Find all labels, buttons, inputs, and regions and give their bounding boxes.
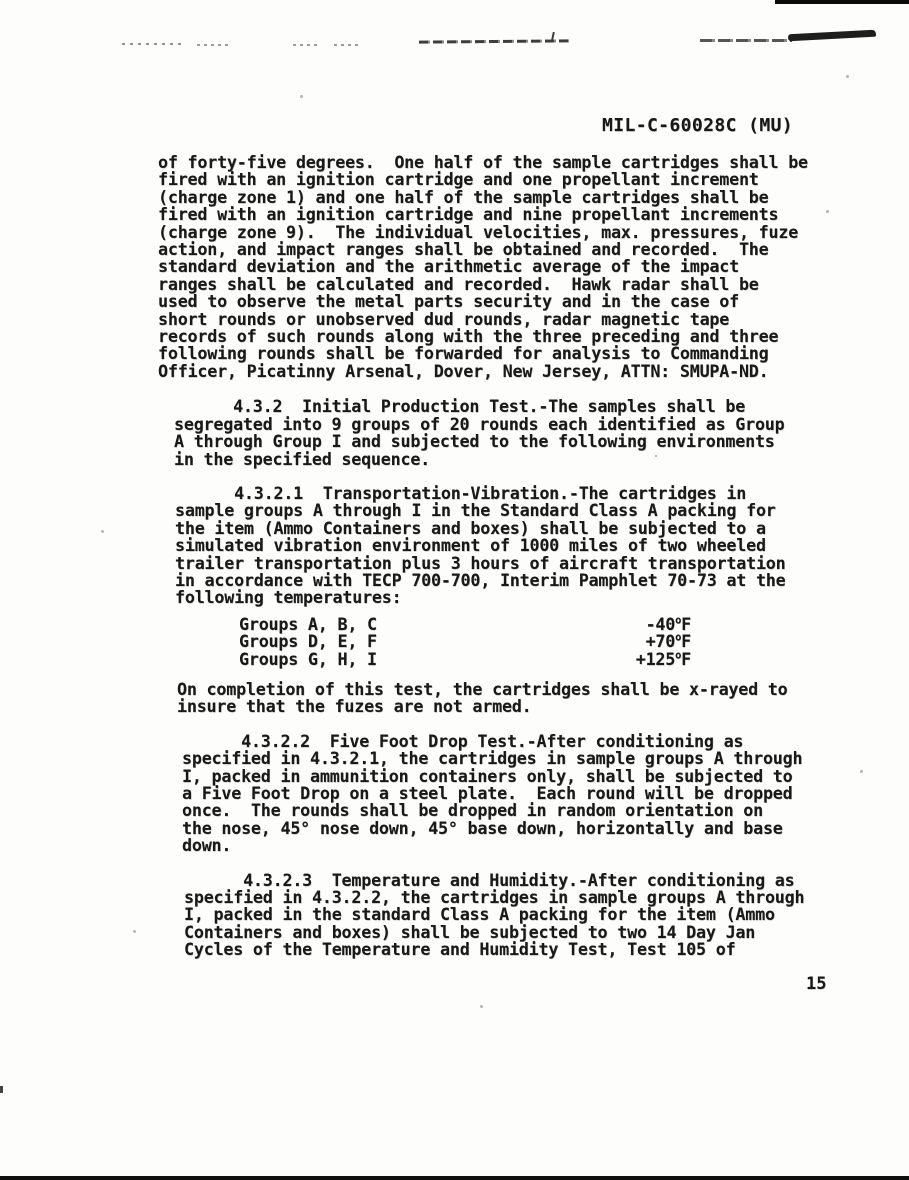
scan-artifact-tick (551, 32, 555, 40)
scan-speck (480, 1005, 483, 1008)
paragraph-section-4-3-2-1: 4.3.2.1 Transportation-Vibration.-The ca… (175, 485, 858, 607)
scan-artifact-edge-mark (0, 1086, 3, 1093)
temperature-row-value: +125oF (636, 651, 691, 668)
scan-speck (101, 530, 104, 533)
scan-artifact-dashes (334, 44, 358, 46)
temperature-row-groups: Groups G, H, I (239, 651, 377, 668)
scan-artifact-bottom-line (0, 1176, 909, 1180)
paragraph-section-4-3-2: 4.3.2 Initial Production Test.-The sampl… (174, 398, 858, 468)
scan-artifact-dashes (122, 43, 186, 45)
temperature-row-groups: Groups D, E, F (239, 633, 377, 650)
scan-artifact-dashes (293, 44, 318, 46)
page-number: 15 (806, 974, 826, 994)
document-id-header: MIL-C-60028C (MU) (602, 115, 793, 136)
scan-speck (300, 95, 303, 98)
scan-artifact-dashes (700, 39, 792, 42)
scan-artifact-smudge (788, 30, 876, 42)
temperature-table-row: Groups G, H, I +125oF (239, 651, 691, 668)
scan-artifact-top-bar (775, 0, 909, 4)
paragraph-continuation: of forty-five degrees. One half of the s… (158, 154, 858, 380)
paragraph-post-table: On completion of this test, the cartridg… (177, 681, 858, 716)
scan-speck (860, 770, 863, 773)
temperature-table-row: Groups D, E, F +70oF (239, 633, 691, 650)
paragraph-section-4-3-2-2: 4.3.2.2 Five Foot Drop Test.-After condi… (182, 733, 858, 855)
scan-speck (133, 930, 136, 933)
scan-speck (846, 75, 849, 78)
scanned-document-page: MIL-C-60028C (MU) of forty-five degrees.… (0, 0, 909, 1180)
temperature-table: Groups A, B, C -40oF Groups D, E, F +70o… (239, 616, 691, 668)
document-body: of forty-five degrees. One half of the s… (158, 154, 858, 959)
paragraph-section-4-3-2-3: 4.3.2.3 Temperature and Humidity.-After … (184, 872, 858, 959)
scan-artifact-dashes (197, 44, 231, 46)
scan-artifact-dashes (419, 39, 569, 43)
